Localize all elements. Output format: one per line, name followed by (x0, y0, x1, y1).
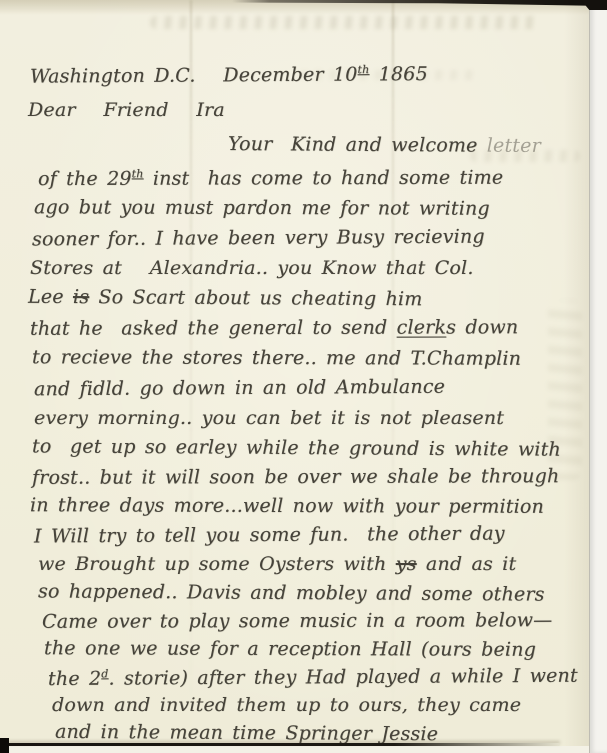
letter-text-segment: frost.. but it will soon be over we shal… (32, 465, 559, 489)
letter-text-segment: Lee (28, 286, 73, 308)
letter-text-segment: inst has come to hand some time (144, 167, 504, 190)
letter-text-segment: we Brought up some Oysters with (38, 553, 396, 575)
letter-text-segment: letter (487, 135, 541, 157)
letter-line: to recieve the stores there.. me and T.C… (32, 346, 521, 370)
letter-line: and in the mean time Springer Jessie (55, 721, 438, 745)
letter-line: Washington D.C. December 10th 1865 (30, 63, 428, 88)
letter-line: and fidld. go down in an old Ambulance (34, 376, 445, 401)
letter-line: that he asked the general to send clerks… (30, 316, 518, 340)
letter-line: Dear Friend Ira (28, 99, 225, 121)
letter-line: the 2d. storie) after they Had played a … (48, 664, 578, 690)
letter-text-segment: that he asked the general to send (30, 317, 397, 340)
letter-text-segment: to recieve the stores there.. me and T.C… (32, 346, 521, 370)
letter-line: of the 29th inst has come to hand some t… (38, 166, 503, 190)
letter-line: the one we use for a reception Hall (our… (44, 637, 536, 661)
page-bottom-edge-line (7, 743, 560, 746)
letter-text-segment: Washington D.C. December 10 (30, 64, 358, 88)
letter-line: ago but you must pardon me for not writi… (34, 196, 490, 219)
letter-text-segment: ago but you must pardon me for not writi… (34, 196, 490, 219)
letter-text-segment: ys (396, 553, 417, 575)
letter-text-segment: So Scart about us cheating him (89, 286, 422, 310)
letter-text-segment: I Will try to tell you some fun. the oth… (34, 523, 505, 548)
letter-text-segment: and in the mean time Springer Jessie (55, 721, 438, 745)
letter-text-segment: down and invited them up to ours, they c… (52, 694, 521, 716)
letter-line: so happened.. Davis and mobley and some … (38, 580, 545, 605)
letter-text-segment: Your Kind and welcome (228, 133, 487, 157)
letter-text-segment: Stores at Alexandria.. you Know that Col… (30, 257, 474, 279)
letter-line: down and invited them up to ours, they c… (52, 694, 521, 716)
letter-text-segment: s down (446, 316, 518, 338)
letter-text-segment: sooner for.. I have been very Busy recie… (32, 226, 485, 251)
letter-text-segment: d (101, 667, 108, 680)
letter-text-segment: the 2 (48, 668, 101, 690)
paper-right-fold-shading (564, 0, 590, 753)
letter-line: I Will try to tell you some fun. the oth… (34, 523, 505, 548)
page-edge-right-strip (589, 0, 607, 753)
letter-line: to get up so earley while the ground is … (32, 435, 561, 460)
letter-text-segment: the one we use for a reception Hall (our… (44, 637, 536, 661)
letter-text-segment: th (357, 63, 369, 76)
letter-line: sooner for.. I have been very Busy recie… (32, 226, 485, 251)
letter-text-segment: Dear Friend Ira (28, 99, 225, 121)
bleedthrough-text-ghost (150, 16, 540, 29)
letter-text-segment: is (73, 286, 89, 308)
scan-corner-bottom-left (0, 738, 9, 753)
letter-text-segment: 1865 (369, 63, 428, 85)
letter-text-segment: every morning.. you can bet it is not pl… (34, 407, 504, 429)
letter-text-segment: and as it (417, 553, 517, 575)
letter-text-segment: . storie) after they Had played a while … (108, 665, 577, 690)
letter-page: Washington D.C. December 10th 1865Dear F… (0, 0, 607, 753)
letter-line: frost.. but it will soon be over we shal… (32, 465, 559, 489)
letter-line: Came over to play some music in a room b… (42, 609, 552, 633)
letter-line: Lee is So Scart about us cheating him (28, 286, 423, 310)
letter-line: every morning.. you can bet it is not pl… (34, 407, 504, 429)
letter-text-segment: in three days more...well now with your … (30, 494, 544, 518)
letter-text-segment: and fidld. go down in an old Ambulance (34, 376, 445, 401)
letter-text-segment: th (132, 167, 144, 180)
letter-line: in three days more...well now with your … (30, 494, 544, 518)
letter-line: we Brought up some Oysters with ys and a… (38, 553, 516, 575)
letter-line: Stores at Alexandria.. you Know that Col… (30, 257, 474, 279)
page-bottom-fold-strip (0, 746, 590, 753)
letter-text-segment: to get up so earley while the ground is … (32, 435, 561, 460)
letter-text-segment: of the 29 (38, 168, 132, 190)
letter-text-segment: so happened.. Davis and mobley and some … (38, 580, 545, 605)
letter-text-segment: clerk (397, 316, 447, 338)
letter-text-segment: Came over to play some music in a room b… (42, 609, 552, 633)
letter-line: Your Kind and welcome letter (228, 133, 541, 157)
